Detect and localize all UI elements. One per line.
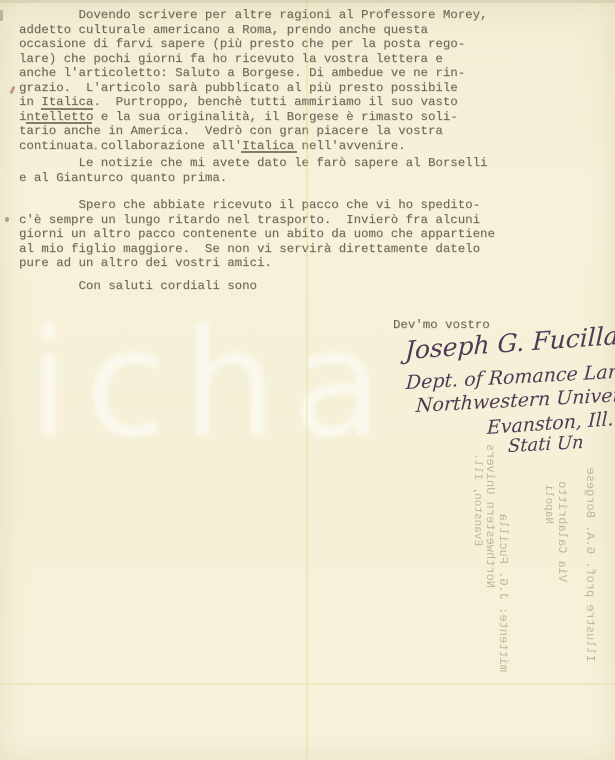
ink-speck	[0, 10, 3, 21]
paragraph-3: Spero che abbiate ricevuto il pacco che …	[19, 198, 495, 271]
paragraph-2: Le notizie che mi avete dato le farò sap…	[19, 156, 487, 185]
bleedthrough-recipient-line3: Napoli	[541, 484, 554, 524]
bleedthrough-sender-line2: Northwestern Univers	[483, 444, 496, 588]
ink-speck	[94, 147, 97, 150]
underline-italica-first	[41, 108, 93, 110]
horizontal-fold-crease	[0, 683, 615, 685]
underline-intelletto	[26, 122, 92, 124]
scan-top-edge	[0, 0, 615, 3]
scanned-letter-page: { "letter": { "p1": [ " Dovendo scrivere…	[0, 0, 615, 760]
ink-speck	[9, 86, 15, 95]
bleedthrough-recipient-line2: Via Calabritto	[555, 481, 568, 582]
paragraph-4-salutation: Con saluti cordiali sono	[19, 279, 257, 294]
bleedthrough-sender-line1: mittente: J.G. Fucilla	[496, 514, 509, 672]
vertical-fold-crease	[306, 0, 308, 760]
bleedthrough-sender-line3: Evanston, Ill.	[470, 454, 483, 546]
signature-country: Stati Un	[507, 432, 584, 457]
ink-speck	[5, 217, 9, 222]
archive-watermark: icha	[28, 310, 399, 458]
bleedthrough-recipient-line1: Illustre prof. G.A. Borgese	[583, 468, 596, 662]
paragraph-1: Dovendo scrivere per altre ragioni al Pr…	[19, 8, 487, 153]
underline-italica-second	[241, 151, 297, 153]
